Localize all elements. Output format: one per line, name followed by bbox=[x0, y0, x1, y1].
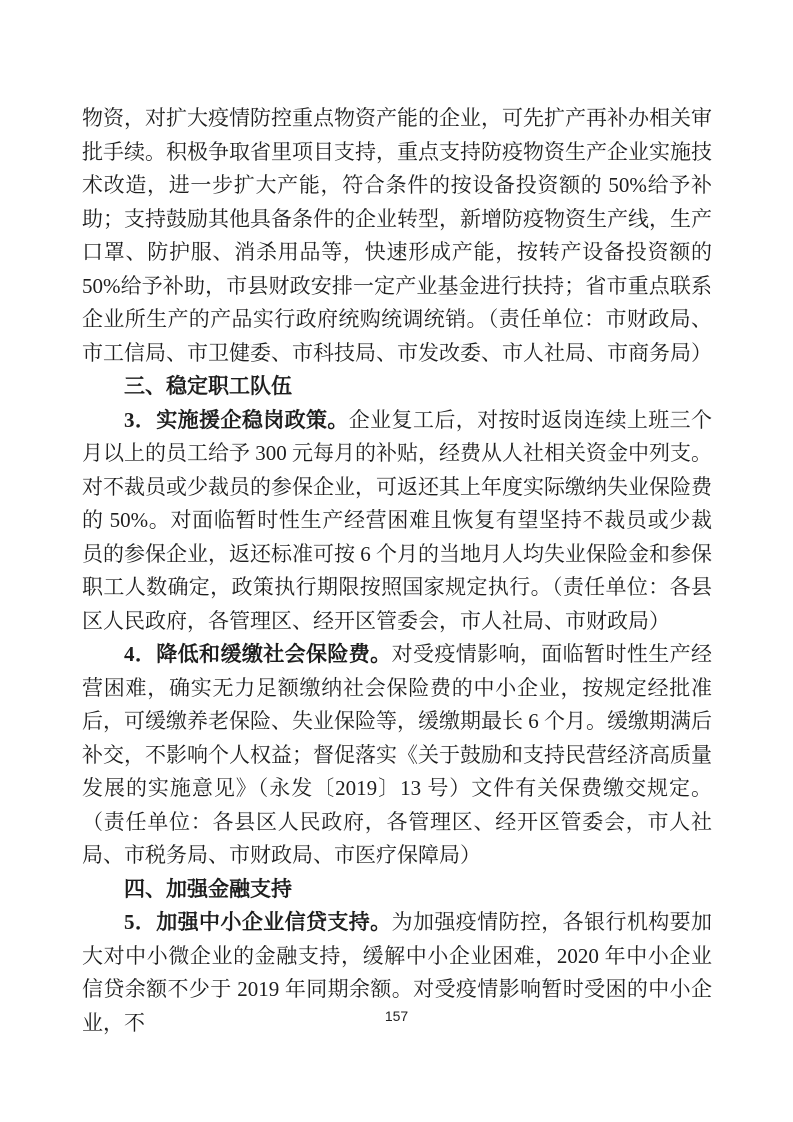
document-body: 物资，对扩大疫情防控重点物资产能的企业，可先扩产再补办相关审批手续。积极争取省里… bbox=[82, 102, 712, 1040]
section-heading: 三、稳定职工队伍 bbox=[82, 370, 712, 404]
paragraph: 3．实施援企稳岗政策。企业复工后，对按时返岗连续上班三个月以上的员工给予 300… bbox=[82, 404, 712, 639]
paragraph-text: 企业复工后，对按时返岗连续上班三个月以上的员工给予 300 元每月的补贴，经费从… bbox=[82, 408, 712, 633]
item-title: 3．实施援企稳岗政策。 bbox=[124, 408, 349, 432]
section-heading: 四、加强金融支持 bbox=[82, 873, 712, 907]
item-title: 5．加强中小企业信贷支持。 bbox=[124, 910, 392, 934]
paragraph-text: 对受疫情影响，面临暂时性生产经营困难，确实无力足额缴纳社会保险费的中小企业，按规… bbox=[82, 642, 712, 867]
item-title: 4．降低和缓缴社会保险费。 bbox=[124, 642, 392, 666]
document-page: 物资，对扩大疫情防控重点物资产能的企业，可先扩产再补办相关审批手续。积极争取省里… bbox=[0, 0, 793, 1122]
paragraph-text: 物资，对扩大疫情防控重点物资产能的企业，可先扩产再补办相关审批手续。积极争取省里… bbox=[82, 106, 712, 365]
paragraph: 物资，对扩大疫情防控重点物资产能的企业，可先扩产再补办相关审批手续。积极争取省里… bbox=[82, 102, 712, 370]
page-number: 157 bbox=[0, 1008, 793, 1024]
paragraph: 4．降低和缓缴社会保险费。对受疫情影响，面临暂时性生产经营困难，确实无力足额缴纳… bbox=[82, 638, 712, 873]
